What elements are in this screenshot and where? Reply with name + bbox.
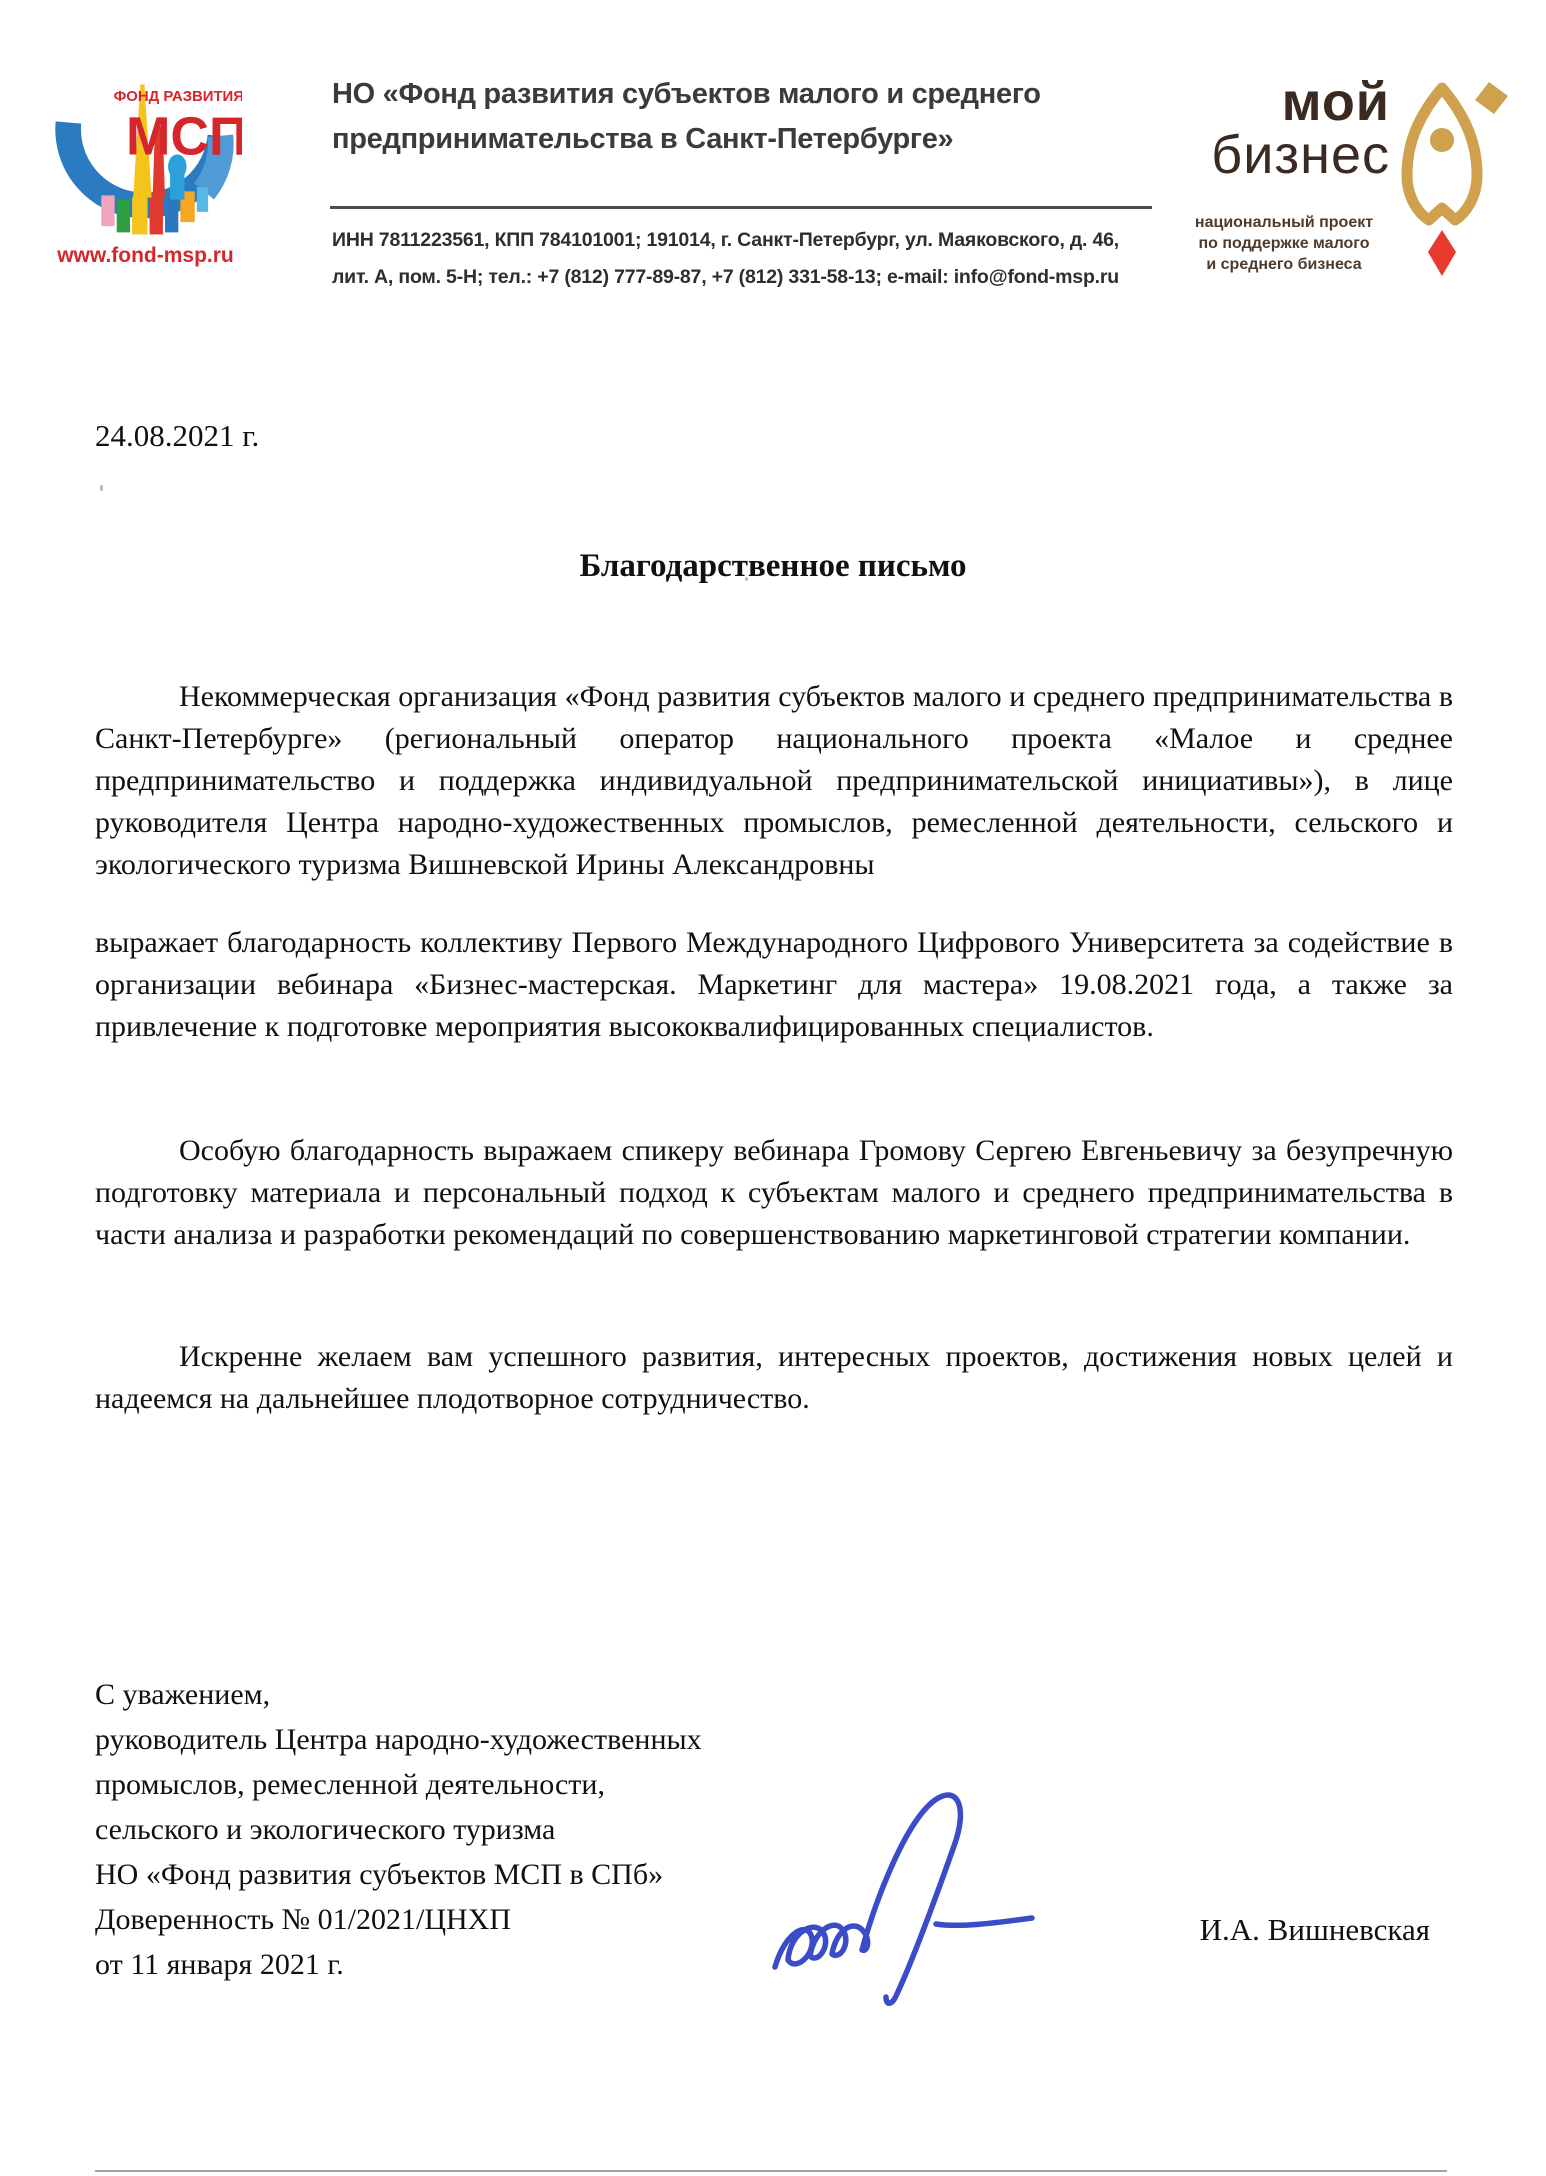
scan-speck	[100, 485, 103, 491]
signature-line-2: руководитель Центра народно-художественн…	[95, 1717, 795, 1762]
letterhead: ФОНД РАЗВИТИЯ МСП www.fond-msp.ru НО «Фо…	[0, 0, 1546, 310]
moy-biznes-word2: бизнес	[1150, 129, 1390, 182]
signature-line-3: промыслов, ремесленной деятельности,	[95, 1762, 795, 1807]
msp-website-text: www.fond-msp.ru	[48, 244, 243, 268]
org-details-line2: лит. А, пом. 5-Н; тел.: +7 (812) 777-89-…	[332, 259, 1192, 296]
signature-line-1: С уважением,	[95, 1672, 795, 1717]
national-project-caption-line1: национальный проект	[1184, 212, 1384, 233]
signature-block: С уважением, руководитель Центра народно…	[95, 1672, 795, 1987]
org-title-line2: предпринимательства в Санкт-Петербурге»	[332, 117, 1172, 162]
org-details-block: ИНН 7811223561, КПП 784101001; 191014, г…	[332, 222, 1192, 296]
signature-line-6: Доверенность № 01/2021/ЦНХП	[95, 1897, 795, 1942]
paragraph-3: Особую благодарность выражаем спикеру ве…	[95, 1130, 1453, 1256]
scan-artifact-line	[95, 2170, 1447, 2172]
paragraph-2: выражает благодарность коллективу Первог…	[95, 922, 1453, 1048]
signature-line-7: от 11 января 2021 г.	[95, 1942, 795, 1987]
msp-fund-logo-icon: ФОНД РАЗВИТИЯ МСП	[52, 76, 242, 246]
national-project-caption-line2: по поддержке малого	[1184, 233, 1384, 254]
paragraph-4: Искренне желаем вам успешного развития, …	[95, 1336, 1453, 1420]
scan-speck	[745, 577, 748, 581]
moy-biznes-wordmark: мой бизнес	[1150, 76, 1390, 182]
letter-title: Благодарственное письмо	[0, 548, 1546, 585]
letter-date: 24.08.2021 г.	[95, 418, 259, 454]
org-details-line1: ИНН 7811223561, КПП 784101001; 191014, г…	[332, 222, 1192, 259]
letter-page: ФОНД РАЗВИТИЯ МСП www.fond-msp.ru НО «Фо…	[0, 0, 1546, 2176]
paragraph-1: Некоммерческая организация «Фонд развити…	[95, 676, 1453, 886]
national-project-caption: национальный проект по поддержке малого …	[1184, 212, 1384, 275]
moy-biznes-logo: мой бизнес национальный проект по поддер…	[1150, 70, 1530, 290]
org-title-line1: НО «Фонд развития субъектов малого и сре…	[332, 72, 1172, 117]
rocket-icon	[1387, 80, 1512, 285]
handwritten-signature	[740, 1782, 1040, 2022]
msp-acronym: МСП	[126, 107, 242, 166]
fond-razvitiya-caption: ФОНД РАЗВИТИЯ	[114, 89, 242, 105]
signer-name: И.А. Вишневская	[1100, 1912, 1430, 1948]
signature-line-4: сельского и экологического туризма	[95, 1807, 795, 1852]
header-divider	[330, 206, 1152, 209]
signature-line-5: НО «Фонд развития субъектов МСП в СПб»	[95, 1852, 795, 1897]
moy-biznes-word1: мой	[1150, 76, 1390, 129]
org-title-block: НО «Фонд развития субъектов малого и сре…	[332, 72, 1172, 162]
national-project-caption-line3: и среднего бизнеса	[1184, 254, 1384, 275]
